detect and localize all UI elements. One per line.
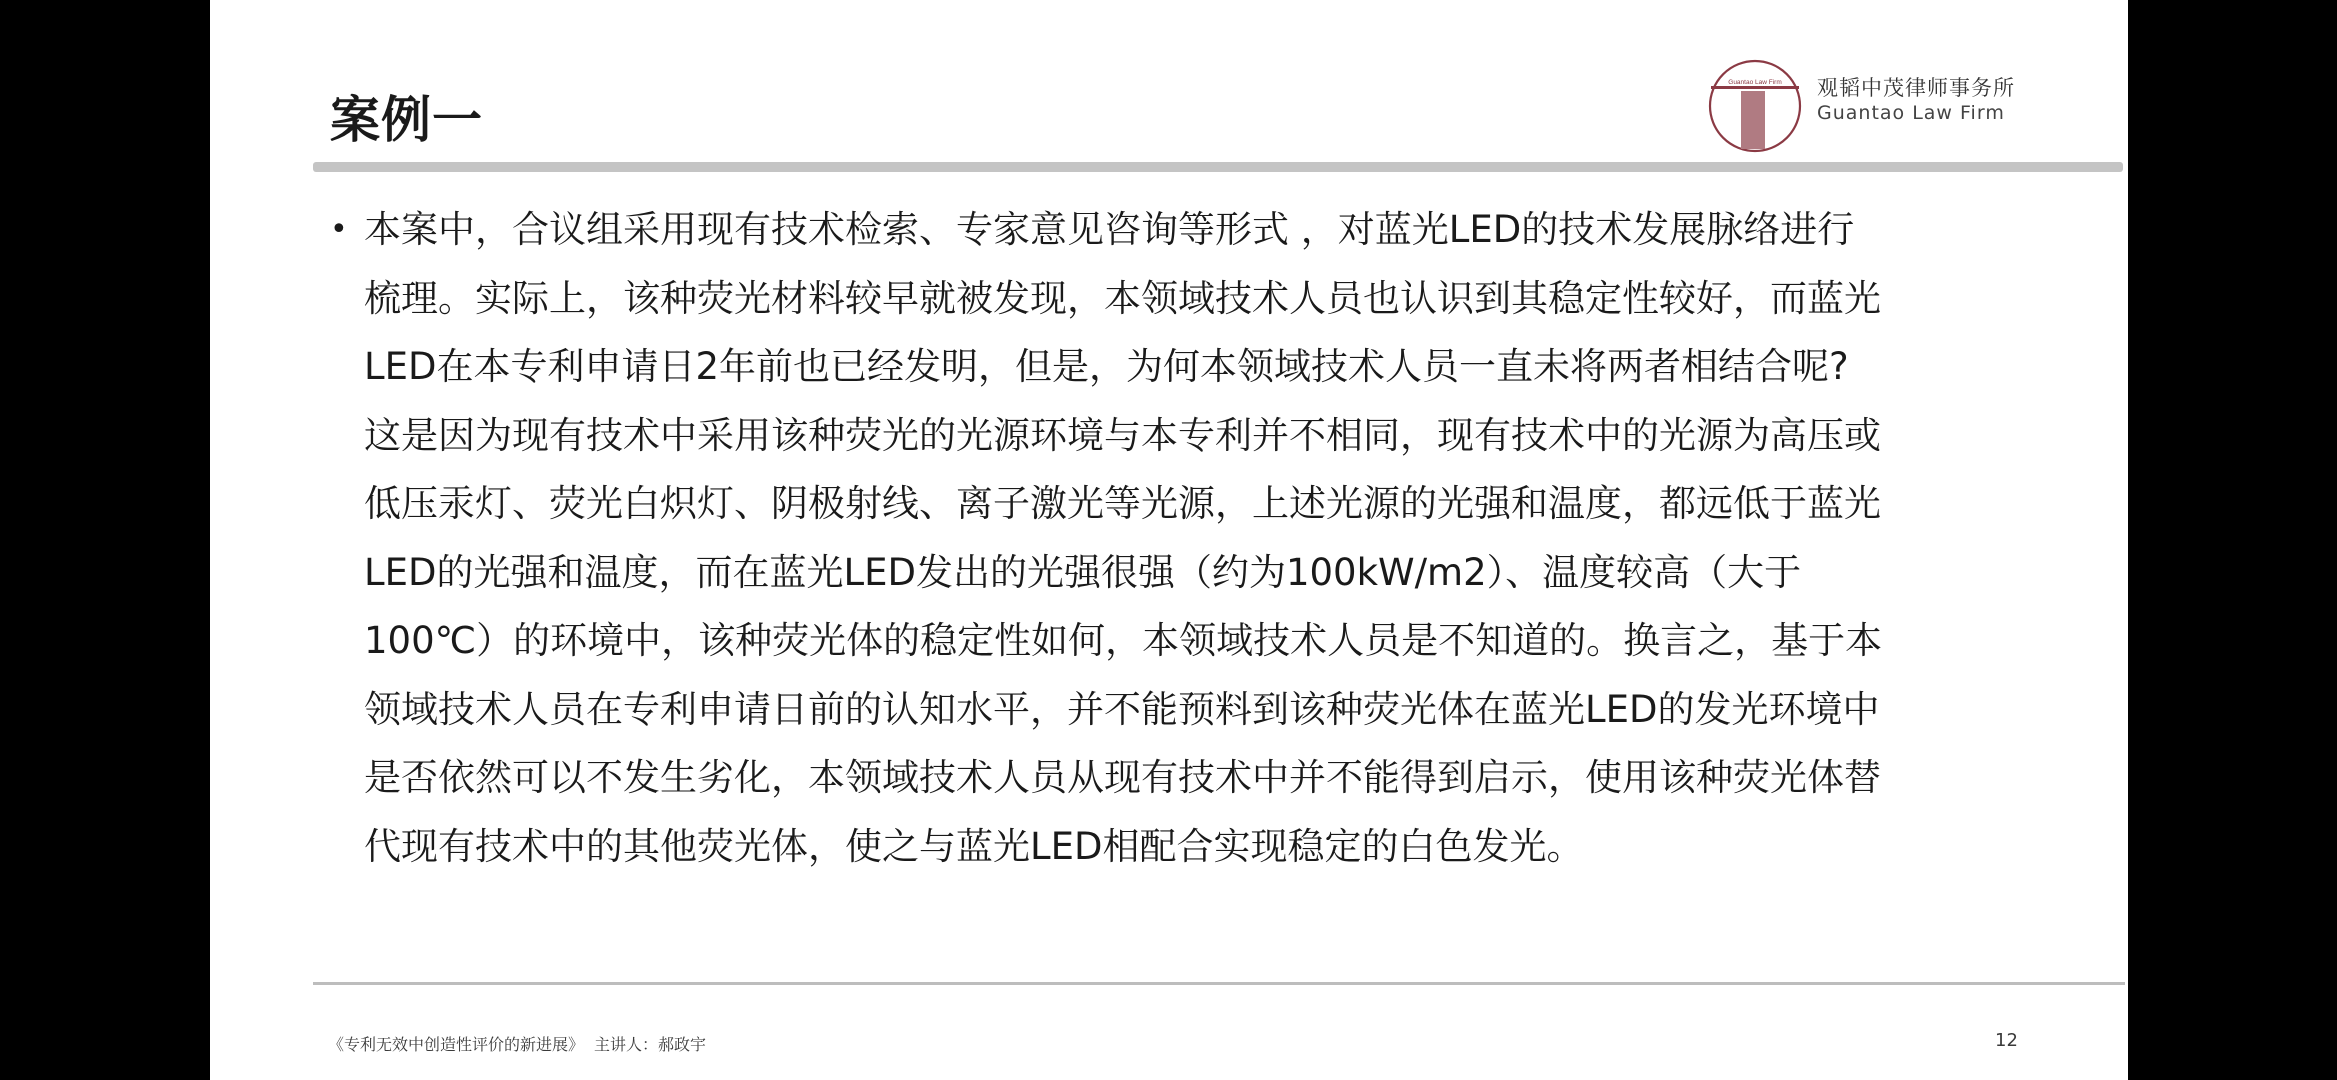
speaker-label: 主讲人：郝政宇 [594, 1035, 706, 1054]
firm-logo-icon: Guantao Law Firm [1705, 56, 1805, 156]
paragraph-line: 100℃）的环境中，该种荧光体的稳定性如何，本领域技术人员是不知道的。换言之，基… [364, 607, 2118, 676]
header-divider [313, 162, 2123, 172]
bullet-paragraph: • 本案中，合议组采用现有技术检索、专家意见咨询等形式 ，对蓝光LED的技术发展… [328, 196, 2118, 881]
firm-name-en: Guantao Law Firm [1817, 102, 2005, 124]
paragraph-line: 是否依然可以不发生劣化，本领域技术人员从现有技术中并不能得到启示，使用该种荧光体… [364, 744, 2118, 813]
paragraph-line: LED在本专利申请日2年前也已经发明，但是，为何本领域技术人员一直未将两者相结合… [364, 333, 2118, 402]
slide-body: • 本案中，合议组采用现有技术检索、专家意见咨询等形式 ，对蓝光LED的技术发展… [328, 196, 2118, 881]
paragraph-line: LED的光强和温度，而在蓝光LED发出的光强很强（约为100kW/m2）、温度较… [364, 539, 2118, 608]
footer-caption: 《专利无效中创造性评价的新进展》主讲人：郝政宇 [328, 1032, 706, 1055]
footer-divider [313, 982, 2125, 985]
page-number: 12 [1995, 1030, 2018, 1051]
bullet-icon: • [330, 196, 348, 265]
slide-title: 案例一 [330, 90, 483, 150]
paragraph-line: 这是因为现有技术中采用该种荧光的光源环境与本专利并不相同，现有技术中的光源为高压… [364, 402, 2118, 471]
talk-title: 《专利无效中创造性评价的新进展》 [328, 1035, 584, 1054]
slide-viewer: 案例一 Guantao Law Firm 观韬中茂律师事务所 Guantao L… [0, 0, 2337, 1080]
firm-logo: Guantao Law Firm 观韬中茂律师事务所 Guantao Law F… [1705, 56, 2025, 156]
paragraph-line: 低压汞灯、荧光白炽灯、阴极射线、离子激光等光源，上述光源的光强和温度，都远低于蓝… [364, 470, 2118, 539]
paragraph-line: 本案中，合议组采用现有技术检索、专家意见咨询等形式 ，对蓝光LED的技术发展脉络… [364, 196, 2118, 265]
paragraph-line: 领域技术人员在专利申请日前的认知水平，并不能预料到该种荧光体在蓝光LED的发光环… [364, 676, 2118, 745]
slide: 案例一 Guantao Law Firm 观韬中茂律师事务所 Guantao L… [210, 0, 2128, 1080]
firm-name-cn: 观韬中茂律师事务所 [1817, 72, 2015, 102]
paragraph-line: 代现有技术中的其他荧光体，使之与蓝光LED相配合实现稳定的白色发光。 [364, 813, 2118, 882]
svg-text:Guantao Law Firm: Guantao Law Firm [1728, 79, 1781, 86]
paragraph-line: 梳理。实际上，该种荧光材料较早就被发现，本领域技术人员也认识到其稳定性较好，而蓝… [364, 265, 2118, 334]
